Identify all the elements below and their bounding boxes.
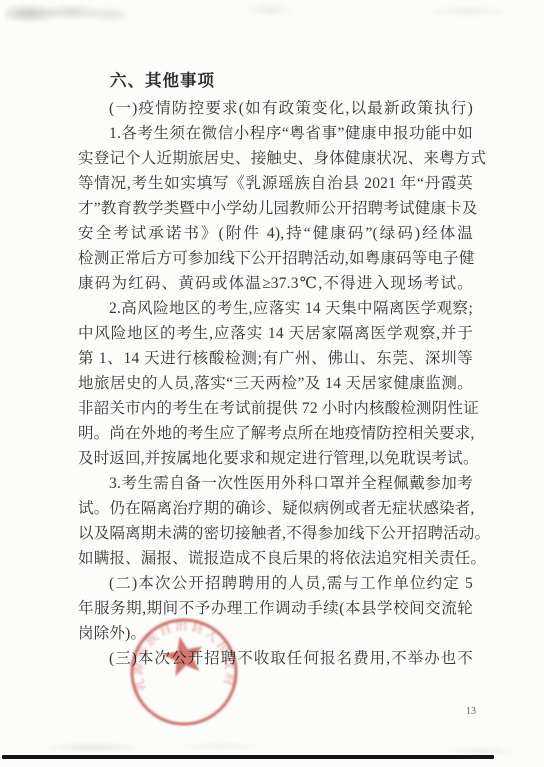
text-line: 2.高风险地区的考生,应落实 14 天集中隔离医学观察; xyxy=(78,296,473,321)
text-line: 地旅居史的人员,落实“三天两检”及 14 天居家健康监测。 xyxy=(78,371,473,396)
text-line: 非韶关市内的考生在考试前提供 72 小时内核酸检测阴性证 xyxy=(78,396,473,421)
text-line: 中风险地区的考生,应落实 14 天居家隔离医学观察,并于 xyxy=(78,321,473,346)
scan-smudge-bottom-left xyxy=(33,741,165,754)
text-line: 检测正常后方可参加线下公开招聘活动,如粤康码等电子健 xyxy=(78,246,473,271)
text-line: 安全考试承诺书》(附件 4),持“健康码”(绿码)经体温 xyxy=(78,221,473,246)
text-line: 试。仍在隔离治疗期的确诊、疑似病例或者无症状感染者, xyxy=(78,496,473,521)
scan-smudge-top-center xyxy=(238,2,302,22)
scan-smudge-top-left xyxy=(5,3,127,29)
text-line: (三)本次公开招聘不收取任何报名费用,不举办也不 xyxy=(78,646,473,671)
text-line: 才”教育教学类暨中小学幼儿园教师公开招聘考试健康卡及 xyxy=(78,196,473,221)
text-line: 第 1、14 天进行核酸检测;有广州、佛山、东莞、深圳等 xyxy=(78,346,473,371)
text-line: (二)本次公开招聘聘用的人员,需与工作单位约定 5 xyxy=(78,571,473,596)
text-line: 岗除外)。 xyxy=(78,621,473,646)
scan-smudge-bottom-center xyxy=(165,741,277,752)
text-line: (一)疫情防控要求(如有政策变化,以最新政策执行) xyxy=(78,96,473,121)
text-line: 及时返回,并按属地化要求和规定进行管理,以免耽误考试。 xyxy=(78,446,473,471)
text-line: 等情况,考生如实填写《乳源瑶族自治县 2021 年“丹霞英 xyxy=(78,171,473,196)
text-line: 3.考生需自备一次性医用外科口罩并全程佩戴参加考 xyxy=(78,471,473,496)
text-line: 如瞒报、漏报、谎报造成不良后果的将依法追究相关责任。 xyxy=(78,546,473,571)
text-line: 以及隔离期未满的密切接触者,不得参加线下公开招聘活动。 xyxy=(78,521,473,546)
text-line: 康码为红码、黄码或体温≥37.3℃,不得进入现场考试。 xyxy=(78,271,473,296)
document-body: (一)疫情防控要求(如有政策变化,以最新政策执行) 1.各考生须在微信小程序“粤… xyxy=(78,96,473,671)
section-heading: 六、其他事项 xyxy=(110,70,215,92)
text-line: 明。尚在外地的考生应了解考点所在地疫情防控相关要求, xyxy=(78,421,473,446)
text-line: 实登记个人近期旅居史、接触史、身体健康状况、来粤方式 xyxy=(78,146,473,171)
document-page: 六、其他事项 (一)疫情防控要求(如有政策变化,以最新政策执行) 1.各考生须在… xyxy=(0,0,544,767)
text-line: 年服务期,期间不予办理工作调动手续(本县学校间交流轮 xyxy=(78,596,473,621)
page-number: 13 xyxy=(461,706,481,717)
text-line: 1.各考生须在微信小程序“粤省事”健康申报功能中如 xyxy=(78,121,473,146)
scan-edge-line xyxy=(2,755,494,759)
scan-smudge-top-right xyxy=(416,4,520,19)
